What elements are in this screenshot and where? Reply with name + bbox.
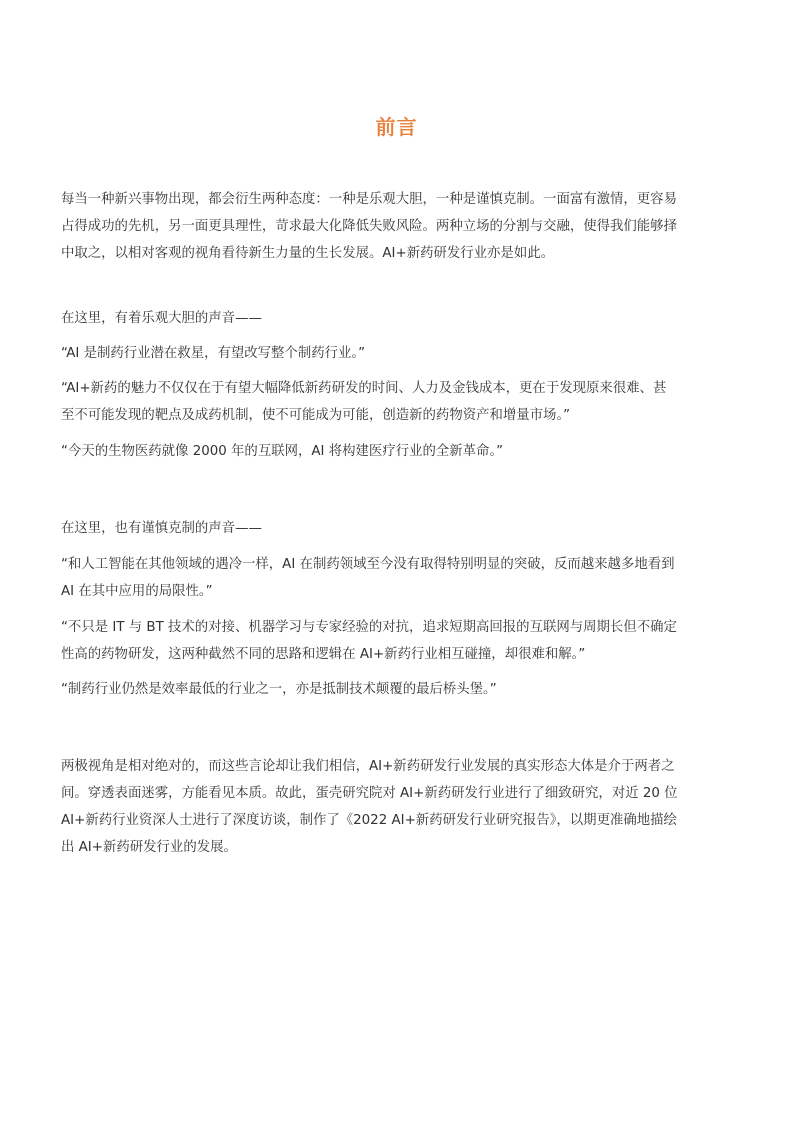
text-line: 出 AI+新药研发行业的发展。 — [61, 834, 735, 861]
document-page: 前言 每当一种新兴事物出现，都会衍生两种态度：一种是乐观大胆，一种是谨慎克制。一… — [0, 0, 793, 1121]
text-line: AI+新药行业资深人士进行了深度访谈，制作了《2022 AI+新药研发行业研究报… — [61, 807, 735, 834]
quote-optimistic-3: “今天的生物医药就像 2000 年的互联网，AI 将构建医疗行业的全新革命。” — [61, 438, 735, 465]
section-heading: 在这里，有着乐观大胆的声音—— — [61, 305, 735, 332]
quote-line: 至不可能发现的靶点及成药机制，使不可能成为可能，创造新的药物资产和增量市场。” — [61, 402, 735, 429]
intro-paragraph: 每当一种新兴事物出现，都会衍生两种态度：一种是乐观大胆，一种是谨慎克制。一面富有… — [61, 186, 735, 267]
text-line: 中取之，以相对客观的视角看待新生力量的生长发展。AI+新药研发行业亦是如此。 — [61, 240, 735, 267]
quote-line: “今天的生物医药就像 2000 年的互联网，AI 将构建医疗行业的全新革命。” — [61, 438, 735, 465]
conclusion-paragraph: 两极视角是相对绝对的，而这些言论却让我们相信，AI+新药研发行业发展的真实形态大… — [61, 753, 735, 861]
text-line: 每当一种新兴事物出现，都会衍生两种态度：一种是乐观大胆，一种是谨慎克制。一面富有… — [61, 186, 735, 213]
quote-line: “AI 是制药行业潜在救星，有望改写整个制药行业。” — [61, 340, 735, 367]
quote-cautious-3: “制药行业仍然是效率最低的行业之一，亦是抵制技术颠覆的最后桥头堡。” — [61, 676, 735, 703]
quote-line: 性高的药物研发，这两种截然不同的思路和逻辑在 AI+新药行业相互碰撞，却很难和解… — [61, 641, 735, 668]
quote-line: “AI+新药的魅力不仅仅在于有望大幅降低新药研发的时间、人力及金钱成本，更在于发… — [61, 375, 735, 402]
quote-line: “不只是 IT 与 BT 技术的对接、机器学习与专家经验的对抗，追求短期高回报的… — [61, 614, 735, 641]
quote-optimistic-1: “AI 是制药行业潜在救星，有望改写整个制药行业。” — [61, 340, 735, 367]
quote-line: “和人工智能在其他领域的遇冷一样，AI 在制药领域至今没有取得特别明显的突破，反… — [61, 551, 735, 578]
quote-cautious-2: “不只是 IT 与 BT 技术的对接、机器学习与专家经验的对抗，追求短期高回报的… — [61, 614, 735, 668]
quote-line: AI 在其中应用的局限性。” — [61, 578, 735, 605]
quote-line: “制药行业仍然是效率最低的行业之一，亦是抵制技术颠覆的最后桥头堡。” — [61, 676, 735, 703]
cautious-heading: 在这里，也有谨慎克制的声音—— — [61, 515, 735, 542]
page-title: 前言 — [0, 111, 793, 140]
quote-cautious-1: “和人工智能在其他领域的遇冷一样，AI 在制药领域至今没有取得特别明显的突破，反… — [61, 551, 735, 605]
optimistic-heading: 在这里，有着乐观大胆的声音—— — [61, 305, 735, 332]
text-line: 间。穿透表面迷雾，方能看见本质。故此，蛋壳研究院对 AI+新药研发行业进行了细致… — [61, 780, 735, 807]
text-line: 占得成功的先机，另一面更具理性，苛求最大化降低失败风险。两种立场的分割与交融，使… — [61, 213, 735, 240]
quote-optimistic-2: “AI+新药的魅力不仅仅在于有望大幅降低新药研发的时间、人力及金钱成本，更在于发… — [61, 375, 735, 429]
section-heading: 在这里，也有谨慎克制的声音—— — [61, 515, 735, 542]
text-line: 两极视角是相对绝对的，而这些言论却让我们相信，AI+新药研发行业发展的真实形态大… — [61, 753, 735, 780]
